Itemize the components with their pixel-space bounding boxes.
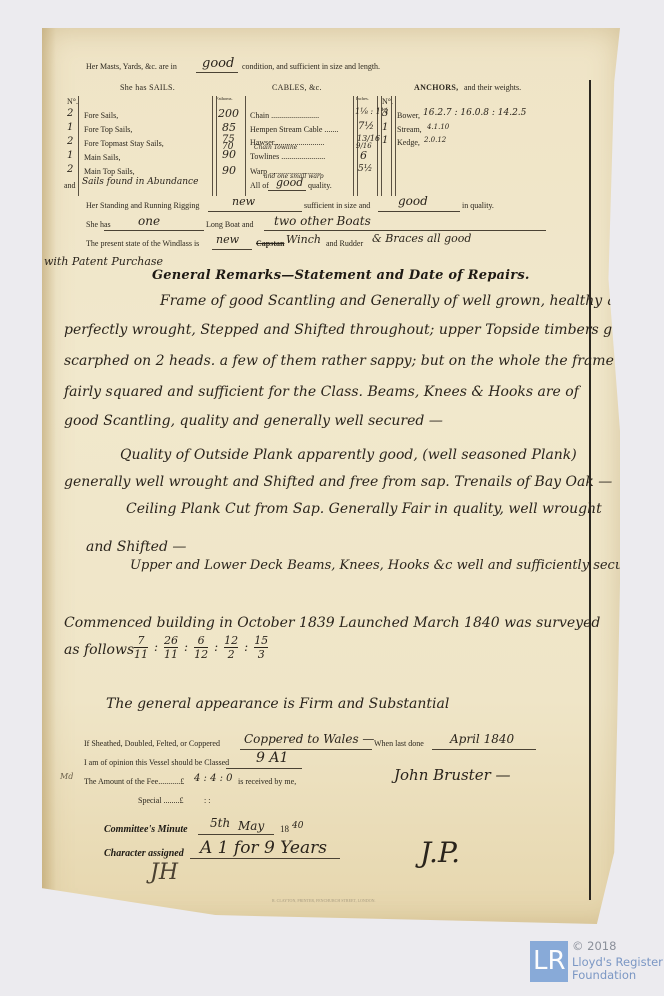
other-boats-value: two other Boats: [274, 214, 371, 228]
general-remarks-heading: General Remarks—Statement and Date of Re…: [152, 268, 530, 283]
cable-inches: 6: [360, 149, 367, 162]
committee-minute-underline: [198, 834, 274, 835]
sails-no: 1: [67, 150, 73, 161]
masts-suffix: condition, and sufficient in size and le…: [242, 62, 380, 71]
character-assigned-label: Character assigned: [104, 848, 184, 859]
classed-value: 9 A1: [256, 750, 288, 766]
all-of-value: good: [276, 176, 303, 189]
remark-line: Ceiling Plank Cut from Sap. Generally Fa…: [126, 501, 602, 517]
sail-name: Fore Top Sails,: [84, 125, 132, 134]
sheathing-label: If Sheathed, Doubled, Felted, or Coppere…: [84, 739, 220, 748]
anchor-no: 1: [382, 135, 388, 146]
anchors-heading: ANCHORS,: [414, 83, 458, 92]
special-label: Special ........£: [138, 796, 184, 805]
rudder-label: and Rudder: [326, 239, 363, 248]
printer-line: R. CLAYTON, PRINTER, FENCHURCH STREET, L…: [272, 898, 376, 903]
capstan-label: Capstan: [256, 239, 284, 248]
copyright-text: © 2018: [572, 940, 616, 953]
sail-name: Main Top Sails,: [84, 167, 135, 176]
table-rule: [212, 96, 217, 196]
anchor-no: 1: [382, 122, 388, 133]
windlass-value: new: [216, 233, 239, 246]
cable-name-handwritten: Chain Towline: [254, 144, 297, 151]
fee-value: 4 : 4 : 0: [194, 773, 233, 784]
org-name-line2: Foundation: [572, 969, 636, 982]
cable-fathoms: 85: [222, 121, 236, 134]
masts-condition-value: good: [202, 56, 234, 71]
rigging-quality-value: good: [398, 194, 428, 208]
fraction: 12 2: [224, 634, 238, 661]
remark-line: Quality of Outside Plank apparently good…: [120, 447, 577, 463]
last-done-value: April 1840: [450, 732, 514, 746]
lr-logo-icon: LR: [530, 941, 568, 982]
right-margin-rule: [589, 80, 591, 900]
boats-middle: Long Boat and: [206, 220, 254, 229]
anchor-name: Stream,: [397, 125, 422, 134]
fee-margin-mark: Md: [60, 772, 73, 781]
remark-line: Commenced building in October 1839 Launc…: [64, 615, 600, 631]
boats-underline-2: [264, 230, 546, 231]
all-of-underline: [268, 190, 306, 191]
remark-line: fairly squared and sufficient for the Cl…: [64, 384, 579, 400]
anchor-weights: 2.0.12: [424, 136, 446, 144]
sails-and-value: Sails found in Abundance: [82, 177, 198, 187]
cable-name: Towlines ......................: [250, 152, 325, 161]
sheathing-value: Coppered to Wales —: [244, 732, 374, 746]
last-done-underline: [432, 749, 536, 750]
cable-fathoms: 90: [222, 148, 236, 161]
fraction: 26 11: [164, 634, 178, 661]
boats-underline: [104, 230, 204, 231]
initials-right: J.P.: [420, 836, 460, 869]
anchor-no: 3: [382, 108, 388, 119]
cables-heading: CABLES, &c.: [272, 83, 322, 92]
fraction: 6 12: [194, 634, 208, 661]
fraction: 7 11: [134, 634, 148, 661]
committee-minute-day: 5th: [210, 816, 230, 830]
remark-line: perfectly wrought, Stepped and Shifted t…: [64, 322, 664, 338]
last-done-label: When last done: [374, 739, 424, 748]
remark-line: Frame of good Scantling and Generally of…: [160, 293, 655, 309]
remark-line: as follows: [64, 642, 134, 658]
character-assigned-value: A 1 for 9 Years: [200, 838, 327, 858]
all-of-suffix: quality.: [308, 181, 332, 190]
rigging-suffix: in quality.: [462, 201, 494, 210]
sails-no-header: N°.: [67, 97, 78, 106]
committee-minute-month: May: [238, 819, 264, 833]
sails-no: 2: [67, 108, 73, 119]
capstan-value: Winch: [286, 233, 321, 246]
cable-name: Hempen Stream Cable .......: [250, 125, 338, 134]
rigging-value: new: [232, 195, 255, 208]
windlass-underline: [212, 249, 252, 250]
table-rule: [245, 96, 246, 196]
sails-and-label: and: [64, 181, 76, 190]
sails-no: 2: [67, 164, 73, 175]
initials-left: JH: [150, 860, 178, 885]
table-rule: [391, 96, 396, 196]
fathoms-header: Fathoms.: [216, 96, 233, 101]
cable-name: Chain ........................: [250, 111, 319, 120]
committee-minute-year-prefix: 18: [280, 824, 289, 834]
cable-fathoms: 200: [218, 107, 239, 120]
sail-name: Fore Topmast Stay Sails,: [84, 139, 164, 148]
anchors-heading-suffix: and their weights.: [464, 83, 521, 92]
fee-label: The Amount of the Fee...........£: [84, 777, 184, 786]
committee-minute-label: Committee's Minute: [104, 824, 188, 835]
rigging-middle: sufficient in size and: [304, 201, 370, 210]
classed-label: I am of opinion this Vessel should be Cl…: [84, 758, 229, 767]
long-boat-count: one: [138, 214, 160, 228]
sails-heading: She has SAILS.: [120, 83, 175, 92]
sail-name: Main Sails,: [84, 153, 120, 162]
lr-logo-text: LR: [533, 948, 566, 974]
sails-no: 2: [67, 136, 73, 147]
sails-no: 1: [67, 122, 73, 133]
all-of-label: All of: [250, 181, 269, 190]
rigging-label: Her Standing and Running Rigging: [86, 201, 199, 210]
cable-fathoms: 90: [222, 164, 236, 177]
remark-line: and Shifted —: [86, 539, 186, 555]
sail-name: Fore Sails,: [84, 111, 118, 120]
anchor-name: Kedge,: [397, 138, 420, 147]
remark-line: The general appearance is Firm and Subst…: [106, 696, 449, 712]
survey-fractions: 7 11 : 26 11 : 6 12 : 12 2 : 15 3: [134, 634, 268, 661]
remark-line: scarphed on 2 heads. a few of them rathe…: [64, 353, 630, 369]
special-value: : :: [204, 796, 210, 805]
classed-underline: [226, 768, 302, 769]
remark-line: good Scantling, quality and generally we…: [64, 413, 443, 429]
windlass-continuation: with Patent Purchase: [44, 255, 163, 268]
fraction: 15 3: [254, 634, 268, 661]
cable-inches: 5½: [358, 164, 372, 174]
remark-line: Upper and Lower Deck Beams, Knees, Hooks…: [130, 558, 645, 573]
fee-suffix: is received by me,: [238, 777, 296, 786]
anchor-name: Bower,: [397, 111, 420, 120]
archive-reference: SLD925/426: [52, 925, 96, 933]
anchor-weights: 4.1.10: [427, 123, 449, 131]
masts-label: Her Masts, Yards, &c. are in: [86, 62, 177, 71]
remark-line: generally well wrought and Shifted and f…: [64, 474, 612, 490]
rudder-value: & Braces all good: [372, 232, 471, 245]
committee-minute-year: 40: [292, 821, 303, 831]
character-underline: [190, 858, 340, 859]
rigging-underline: [208, 211, 302, 212]
windlass-label: The present state of the Windlass is: [86, 239, 199, 248]
cable-inches: 7½: [358, 121, 374, 132]
boats-label: She has: [86, 220, 111, 229]
rigging-underline-2: [378, 211, 460, 212]
table-rule: [78, 96, 79, 196]
surveyor-signature: John Bruster —: [394, 766, 511, 784]
survey-report-page: Her Masts, Yards, &c. are in good condit…: [42, 28, 620, 924]
anchor-weights: 16.2.7 : 16.0.8 : 14.2.5: [423, 108, 526, 118]
masts-underline: [196, 72, 238, 73]
